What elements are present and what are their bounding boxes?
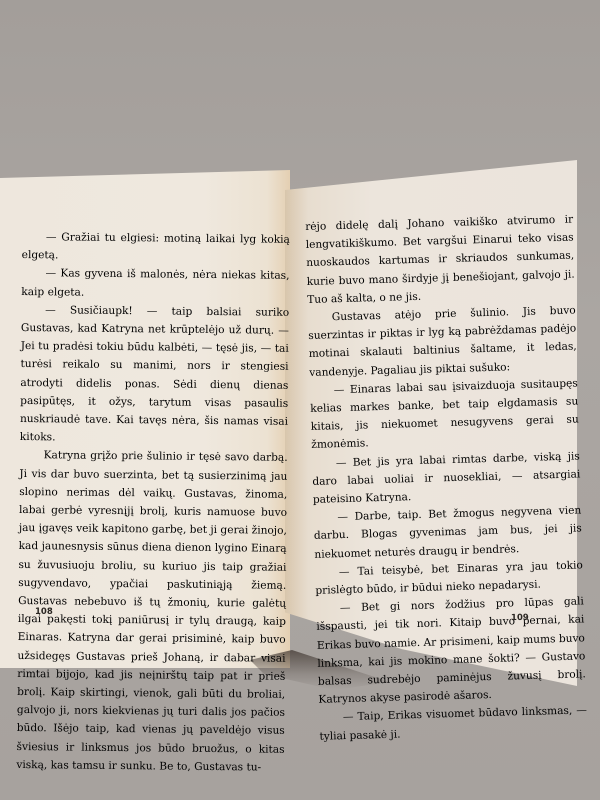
paragraph: — Einaras labai sau įsivaizduoja susitau…	[310, 374, 580, 454]
paragraph: — Bet gi nors žodžius pro lūpas gali išs…	[316, 593, 587, 710]
paragraph: — Bet jis yra labai rimtas darbe, viską …	[312, 447, 581, 509]
paragraph: — Taip, Erikas visuomet būdavo linksmas,…	[319, 702, 588, 746]
paragraph: — Darbe, taip. Bet žmogus negyvena vien …	[313, 502, 582, 564]
paragraph: Katryna grįžo prie šulinio ir tęsė savo …	[16, 446, 287, 776]
right-page-text: rėjo didelę dalį Johano vaikiško atvirum…	[305, 211, 588, 746]
paragraph: — Kas gyvena iš malonės, nėra niekas kit…	[21, 264, 289, 303]
paragraph: — Gražiai tu elgiesi: motiną laikai lyg …	[22, 228, 290, 267]
paragraph: rėjo didelę dalį Johano vaikiško atvirum…	[305, 211, 575, 309]
paragraph: Gustavas atėjo prie šulinio. Jis buvo su…	[308, 301, 578, 381]
page-number-left: 108	[35, 607, 53, 617]
left-page-text: — Gražiai tu elgiesi: motiną laikai lyg …	[16, 228, 290, 777]
paragraph: — Susičiaupk! — taip balsiai suriko Gust…	[20, 301, 290, 449]
page-number-right: 109	[511, 613, 529, 623]
